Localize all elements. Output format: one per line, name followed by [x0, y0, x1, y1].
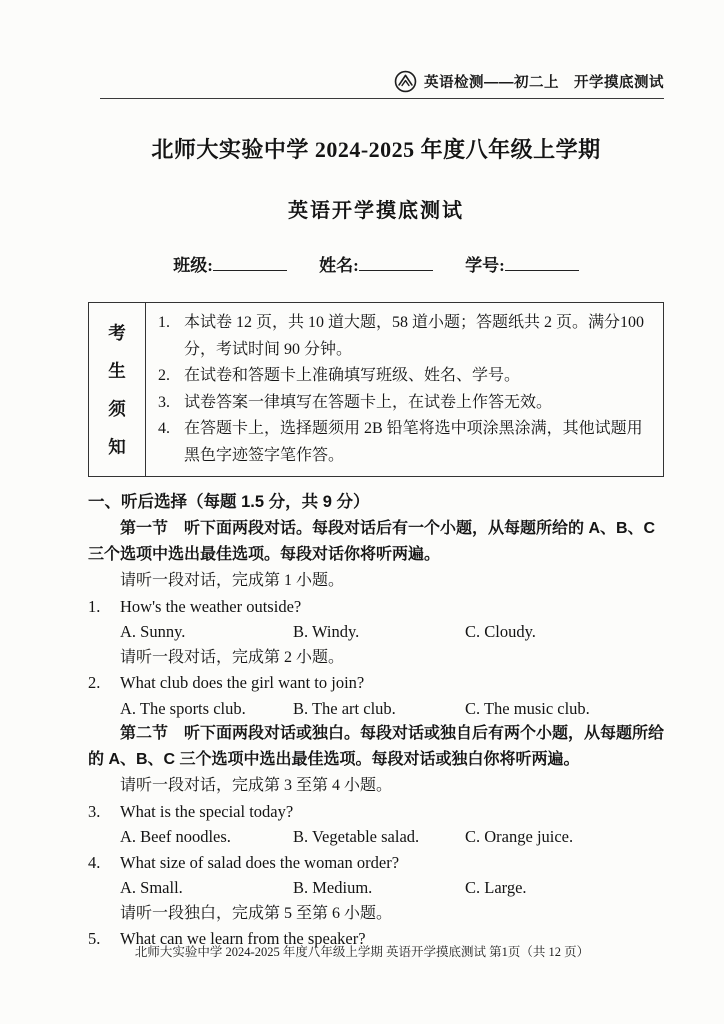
name-field: 姓名:	[319, 256, 433, 275]
option-a: A. Small.	[120, 875, 293, 901]
listening-cue-q3-q4: 请听一段对话，完成第 3 至第 4 小题。	[88, 773, 664, 799]
question-text: How's the weather outside?	[120, 594, 664, 620]
class-label: 班级:	[173, 256, 213, 275]
notice-rule: 4. 在答题卡上，选择题须用 2B 铅笔将选中项涂黑涂满，其他试题用黑色字迹签字…	[158, 416, 655, 469]
notice-rule: 1. 本试卷 12 页，共 10 道大题，58 道小题；答题纸共 2 页。满分1…	[158, 310, 655, 363]
option-b: B. Vegetable salad.	[293, 824, 465, 850]
option-c: C. Large.	[465, 875, 664, 901]
question-3: 3. What is the special today?	[88, 799, 664, 825]
notice-side-char: 知	[108, 434, 126, 459]
listening-section: 一、听后选择（每题 1.5 分，共 9 分） 第一节 听下面两段对话。每段对话后…	[88, 489, 664, 952]
class-blank-line	[213, 255, 287, 271]
notice-side-char: 须	[108, 396, 126, 421]
header-divider	[100, 98, 664, 99]
examinee-notice-box: 考 生 须 知 1. 本试卷 12 页，共 10 道大题，58 道小题；答题纸共…	[88, 302, 664, 477]
notice-rule-text: 试卷答案一律填写在答题卡上，在试卷上作答无效。	[184, 390, 655, 417]
question-text: What is the special today?	[120, 799, 664, 825]
question-4: 4. What size of salad does the woman ord…	[88, 850, 664, 876]
listening-cue-q1: 请听一段对话，完成第 1 小题。	[88, 568, 664, 594]
exam-title-line2: 英语开学摸底测试	[88, 194, 664, 223]
notice-rule-text: 本试卷 12 页，共 10 道大题，58 道小题；答题纸共 2 页。满分100分…	[184, 310, 655, 363]
part-one-instructions: 第一节 听下面两段对话。每段对话后有一个小题，从每题所给的 A、B、C 三个选项…	[88, 516, 664, 568]
question-number: 4.	[88, 850, 120, 876]
page-content: 英语检测——初二上 开学摸底测试 北师大实验中学 2024-2025 年度八年级…	[0, 0, 724, 952]
question-1: 1. How's the weather outside?	[88, 594, 664, 620]
part-two-instructions: 第二节 听下面两段对话或独白。每段对话或独自后有两个小题，从每题所给的 A、B、…	[88, 721, 664, 773]
page-header: 英语检测——初二上 开学摸底测试	[88, 0, 664, 93]
option-a: A. Sunny.	[120, 619, 293, 645]
question-text: What size of salad does the woman order?	[120, 850, 664, 876]
question-3-options: A. Beef noodles. B. Vegetable salad. C. …	[88, 824, 664, 850]
class-field: 班级:	[173, 256, 287, 275]
notice-rule-number: 1.	[158, 310, 184, 363]
page-footer: 北师大实验中学 2024-2025 年度八年级上学期 英语开学摸底测试 第1页（…	[0, 942, 724, 960]
question-1-options: A. Sunny. B. Windy. C. Cloudy.	[88, 619, 664, 645]
student-id-field: 学号:	[465, 256, 579, 275]
option-a: A. The sports club.	[120, 696, 293, 722]
notice-rule-number: 3.	[158, 390, 184, 417]
question-2: 2. What club does the girl want to join?	[88, 670, 664, 696]
name-label: 姓名:	[319, 256, 359, 275]
student-id-blank-line	[505, 255, 579, 271]
question-number: 2.	[88, 670, 120, 696]
notice-side-char: 考	[108, 320, 126, 345]
notice-rule-number: 2.	[158, 363, 184, 390]
notice-rule-text: 在答题卡上，选择题须用 2B 铅笔将选中项涂黑涂满，其他试题用黑色字迹签字笔作答…	[184, 416, 655, 469]
exam-paper-page: 英语检测——初二上 开学摸底测试 北师大实验中学 2024-2025 年度八年级…	[0, 0, 724, 1024]
section-one-heading: 一、听后选择（每题 1.5 分，共 9 分）	[88, 489, 664, 516]
notice-side-char: 生	[108, 358, 126, 383]
question-number: 3.	[88, 799, 120, 825]
student-info-line: 班级: 姓名: 学号:	[88, 251, 664, 276]
option-c: C. Cloudy.	[465, 619, 664, 645]
notice-rule-text: 在试卷和答题卡上准确填写班级、姓名、学号。	[184, 363, 655, 390]
listening-cue-q5-q6: 请听一段独白，完成第 5 至第 6 小题。	[88, 901, 664, 927]
option-b: B. Medium.	[293, 875, 465, 901]
notice-rule: 2. 在试卷和答题卡上准确填写班级、姓名、学号。	[158, 363, 655, 390]
listening-cue-q2: 请听一段对话，完成第 2 小题。	[88, 645, 664, 671]
notice-rule-number: 4.	[158, 416, 184, 469]
option-c: C. The music club.	[465, 696, 664, 722]
question-number: 1.	[88, 594, 120, 620]
option-a: A. Beef noodles.	[120, 824, 293, 850]
student-id-label: 学号:	[465, 256, 505, 275]
exam-title-line1: 北师大实验中学 2024-2025 年度八年级上学期	[88, 133, 664, 164]
circle-mountain-logo-icon	[394, 70, 417, 93]
header-course-label: 英语检测——初二上 开学摸底测试	[424, 71, 664, 92]
option-b: B. Windy.	[293, 619, 465, 645]
question-2-options: A. The sports club. B. The art club. C. …	[88, 696, 664, 722]
name-blank-line	[359, 255, 433, 271]
option-c: C. Orange juice.	[465, 824, 664, 850]
notice-rules-list: 1. 本试卷 12 页，共 10 道大题，58 道小题；答题纸共 2 页。满分1…	[146, 303, 663, 476]
notice-side-label: 考 生 须 知	[89, 303, 146, 476]
notice-rule: 3. 试卷答案一律填写在答题卡上，在试卷上作答无效。	[158, 390, 655, 417]
option-b: B. The art club.	[293, 696, 465, 722]
question-4-options: A. Small. B. Medium. C. Large.	[88, 875, 664, 901]
question-text: What club does the girl want to join?	[120, 670, 664, 696]
